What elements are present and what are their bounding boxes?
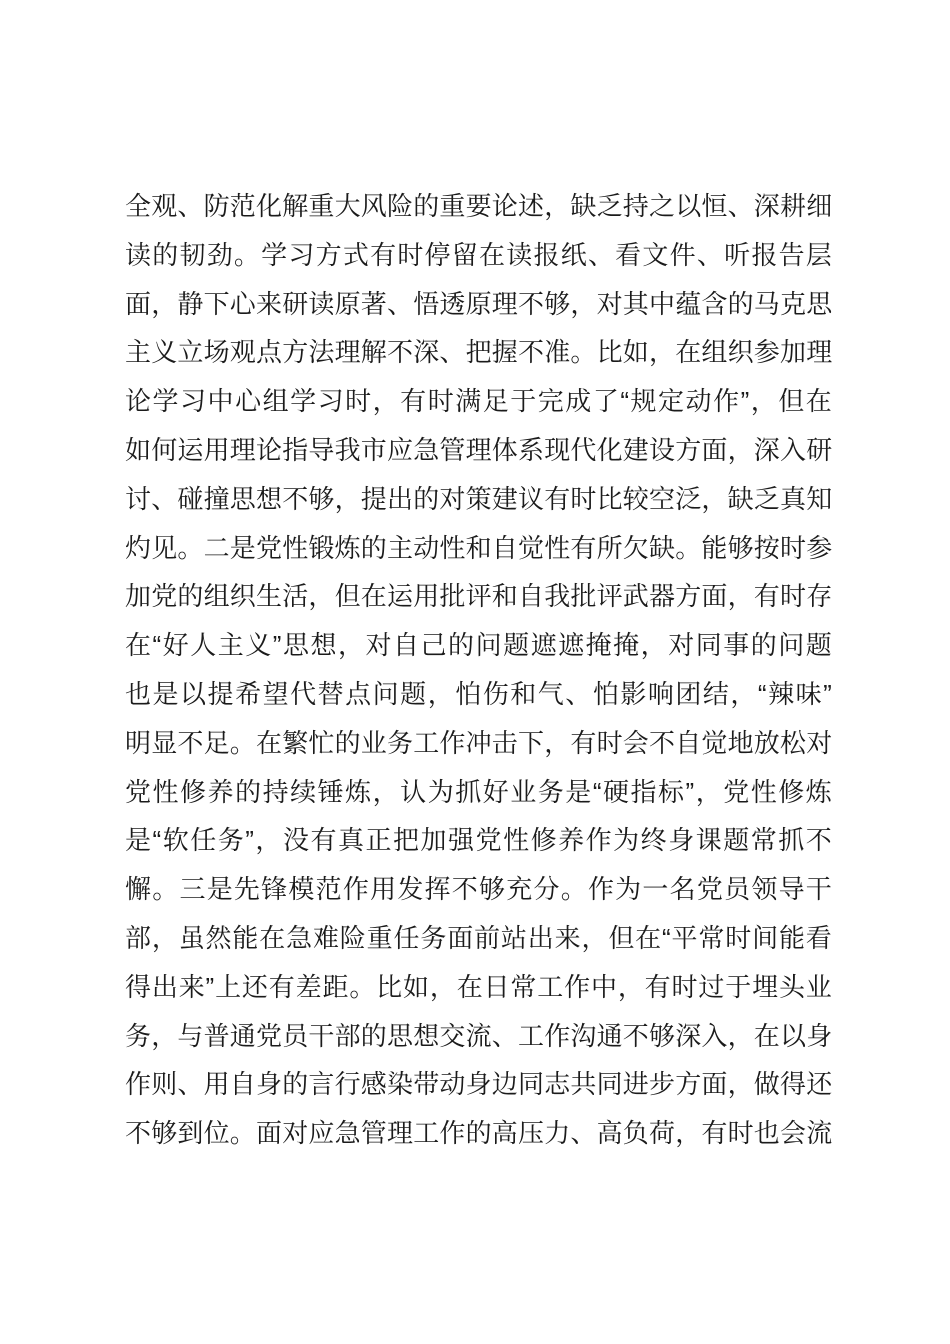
text-line: 读的韧劲。学习方式有时停留在读报纸、看文件、听报告层 <box>125 231 832 280</box>
text-line: 作则、用自身的言行感染带动身边同志共同进步方面，做得还 <box>125 1060 832 1109</box>
text-line: 在“好人主义”思想，对自己的问题遮遮掩掩，对同事的问题 <box>125 621 832 670</box>
text-line: 如何运用理论指导我市应急管理体系现代化建设方面，深入研 <box>125 426 832 475</box>
text-line: 全观、防范化解重大风险的重要论述，缺乏持之以恒、深耕细 <box>125 182 832 231</box>
text-line: 是“软任务”，没有真正把加强党性修养作为终身课题常抓不 <box>125 816 832 865</box>
text-line: 主义立场观点方法理解不深、把握不准。比如，在组织参加理 <box>125 328 832 377</box>
text-line: 部，虽然能在急难险重任务面前站出来，但在“平常时间能看 <box>125 914 832 963</box>
text-line: 面，静下心来研读原著、悟透原理不够，对其中蕴含的马克思 <box>125 280 832 329</box>
text-line: 懈。三是先锋模范作用发挥不够充分。作为一名党员领导干 <box>125 865 832 914</box>
text-line: 得出来”上还有差距。比如，在日常工作中，有时过于埋头业 <box>125 963 832 1012</box>
body-text: 全观、防范化解重大风险的重要论述，缺乏持之以恒、深耕细读的韧劲。学习方式有时停留… <box>125 182 832 1158</box>
document-page: 全观、防范化解重大风险的重要论述，缺乏持之以恒、深耕细读的韧劲。学习方式有时停留… <box>0 0 950 1344</box>
text-line: 党性修养的持续锤炼，认为抓好业务是“硬指标”，党性修炼 <box>125 768 832 817</box>
text-line: 灼见。二是党性锻炼的主动性和自觉性有所欠缺。能够按时参 <box>125 524 832 573</box>
text-line: 务，与普通党员干部的思想交流、工作沟通不够深入，在以身 <box>125 1012 832 1061</box>
text-line: 明显不足。在繁忙的业务工作冲击下，有时会不自觉地放松对 <box>125 719 832 768</box>
text-line: 讨、碰撞思想不够，提出的对策建议有时比较空泛，缺乏真知 <box>125 475 832 524</box>
text-line: 也是以提希望代替点问题，怕伤和气、怕影响团结，“辣味” <box>125 670 832 719</box>
text-line: 加党的组织生活，但在运用批评和自我批评武器方面，有时存 <box>125 572 832 621</box>
text-line: 不够到位。面对应急管理工作的高压力、高负荷，有时也会流 <box>125 1109 832 1158</box>
text-line: 论学习中心组学习时，有时满足于完成了“规定动作”，但在 <box>125 377 832 426</box>
